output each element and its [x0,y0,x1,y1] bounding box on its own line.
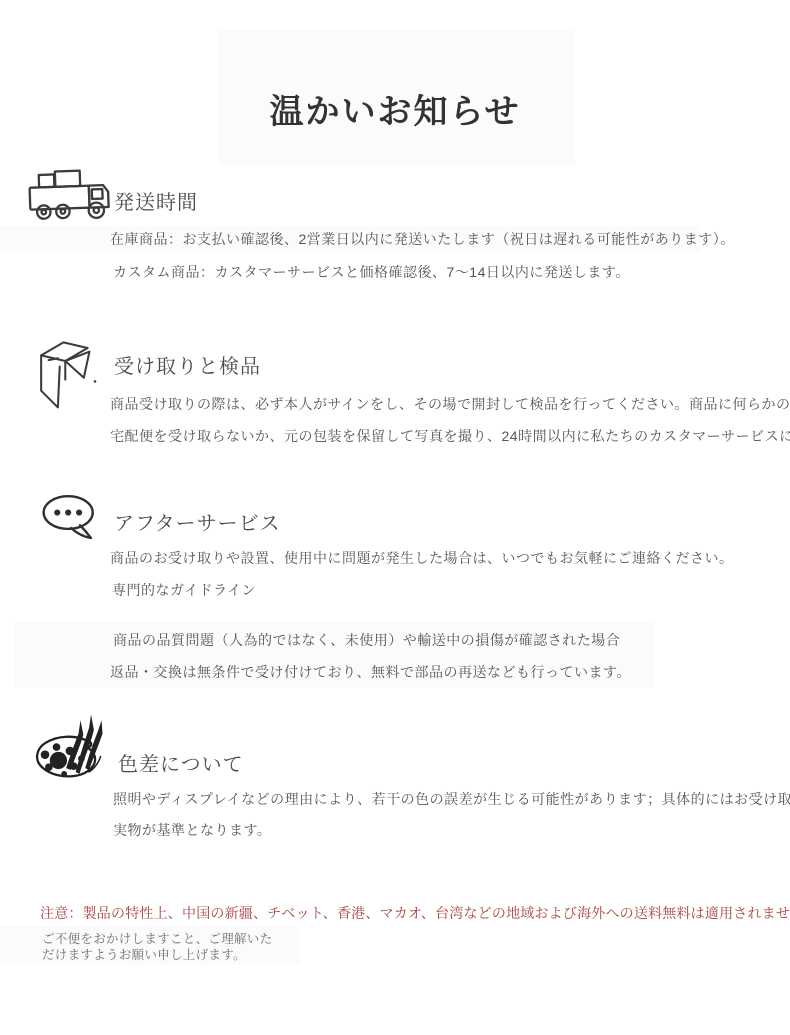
section-heading-shipping-time: 発送時間 [114,186,198,215]
after-service-line-3: 商品の品質問題（人為的ではなく、未使用）や輸送中の損傷が確認された場合 [113,630,620,650]
shipping-line-1: 在庫商品：お支払い確認後、2営業日以内に発送いたします（祝日は遅れる可能性があり… [110,229,735,249]
shipping-line-2: カスタム商品：カスタマーサービスと価格確認後、7〜14日以内に発送します。 [113,262,630,282]
receiving-line-2: 宅配便を受け取らないか、元の包装を保留して写真を撮り、24時間以内に私たちのカス… [110,426,790,446]
speech-bubble-icon [40,490,100,551]
after-service-line-1: 商品のお受け取りや設置、使用中に問題が発生した場合は、いつでもお気軽にご連絡くだ… [110,548,734,568]
section-heading-color-difference: 色差について [118,748,244,777]
color-difference-line-1: 照明やディスプレイなどの理由により、若干の色の誤差が生じる可能性があります；具体… [113,789,790,809]
palette-icon [22,708,114,793]
notice-page: 温かいお知らせ 発送時間 在庫商品：お支払い確認後、2営業日以内に発送いたします… [0,0,790,1035]
receiving-line-1: 商品受け取りの際は、必ず本人がサインをし、その場で開封して検品を行ってください。… [110,394,790,414]
after-service-line-4: 返品・交換は無条件で受け付けており、無料で部品の再送なども行っています。 [110,662,631,682]
after-service-line-2: 専門的なガイドライン [112,580,256,600]
section-heading-after-service: アフターサービス [114,507,281,536]
box-icon [30,334,108,419]
apology-note-line-2: だけますようお願い申し上げます。 [42,945,246,963]
shipping-restriction-warning: 注意：製品の特性上、中国の新疆、チベット、香港、マカオ、台湾などの地域および海外… [40,903,790,923]
color-difference-line-2: 実物が基準となります。 [113,820,271,840]
truck-icon [26,166,112,227]
page-title: 温かいお知らせ [0,84,790,133]
section-heading-receiving: 受け取りと検品 [114,350,261,379]
